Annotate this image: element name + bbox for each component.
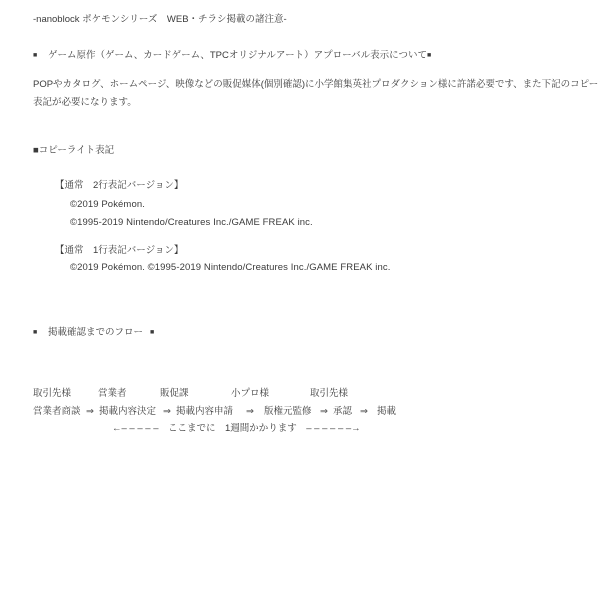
flow-step: 掲載内容決定	[99, 406, 156, 418]
square-bullet-icon: ■	[33, 50, 37, 62]
flow-role: 販促課	[160, 388, 189, 400]
copyright-one-line-text1: ©2019 Pokémon. ©1995-2019 Nintendo/Creat…	[70, 262, 390, 274]
flow-step: 版権元監修	[264, 406, 312, 418]
copyright-one-line-label: 【通常 1行表記バージョン】	[55, 245, 183, 257]
copyright-heading: ■コピーライト表記	[33, 145, 114, 157]
flow-arrow-icon: ⇒	[246, 406, 254, 418]
flow-role: 営業者	[98, 388, 127, 400]
page-title: -nanoblock ポケモンシリーズ WEB・チラシ掲載の諸注意-	[33, 14, 287, 26]
flow-role: 小プロ様	[231, 388, 269, 400]
copyright-two-line-label: 【通常 2行表記バージョン】	[55, 180, 183, 192]
approval-body-line2: 表記が必要になります。	[33, 97, 137, 109]
flow-arrow-icon: ⇒	[360, 406, 368, 418]
approval-body-line1: POPやカタログ、ホームページ、映像などの販促媒体(個別確認)に小学館集英社プロ…	[33, 79, 600, 91]
flow-arrow-icon: ⇒	[320, 406, 328, 418]
flow-step: 掲載内容申請	[176, 406, 233, 418]
document-page: -nanoblock ポケモンシリーズ WEB・チラシ掲載の諸注意- ■ ゲーム…	[0, 0, 600, 600]
approval-heading: ゲーム原作（ゲーム、カードゲーム、TPCオリジナルアート）アプローバル表示につい…	[48, 50, 427, 62]
flow-arrow-icon: ⇒	[86, 406, 94, 418]
flow-step: 掲載	[377, 406, 396, 418]
flow-step: 承認	[333, 406, 352, 418]
flow-step: 営業者商談	[33, 406, 81, 418]
square-bullet-icon: ■	[150, 327, 154, 339]
flow-heading: 掲載確認までのフロー	[48, 327, 143, 339]
flow-duration-note: ←– – – – – ここまでに 1週間かかります – – – – – –→	[112, 423, 361, 435]
square-bullet-icon: ■	[33, 327, 37, 339]
square-bullet-icon: ■	[427, 50, 431, 62]
flow-role: 取引先様	[310, 388, 348, 400]
copyright-two-line-text1: ©2019 Pokémon.	[70, 199, 145, 211]
copyright-two-line-text2: ©1995-2019 Nintendo/Creatures Inc./GAME …	[70, 217, 313, 229]
flow-role: 取引先様	[33, 388, 71, 400]
flow-arrow-icon: ⇒	[163, 406, 171, 418]
